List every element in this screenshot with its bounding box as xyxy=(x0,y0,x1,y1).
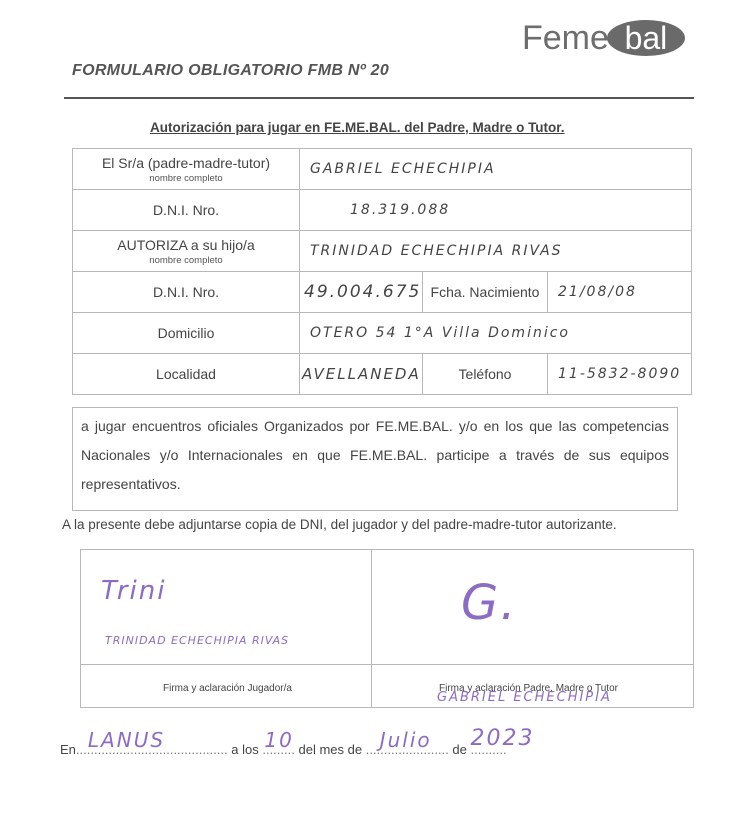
child-name-row: AUTORIZA a su hijo/a nombre completo TRI… xyxy=(73,231,692,272)
child-name-field[interactable]: TRINIDAD ECHECHIPIA RIVAS xyxy=(300,231,692,272)
parent-name-field[interactable]: GABRIEL ECHECHIPIA xyxy=(300,149,692,190)
parent-dni-row: D.N.I. Nro. 18.319.088 xyxy=(73,190,692,231)
player-printed-name: TRINIDAD ECHECHIPIA RIVAS xyxy=(105,634,289,647)
de-label: de xyxy=(452,742,466,757)
date-line: En.......LANUS..........................… xyxy=(60,742,507,757)
child-dni-label: D.N.I. Nro. xyxy=(73,272,300,313)
day-field[interactable]: 10 xyxy=(264,728,293,752)
parent-sublabel: nombre completo xyxy=(73,173,299,184)
child-label: AUTORIZA a su hijo/a xyxy=(117,237,254,253)
signature-divider xyxy=(371,550,372,707)
player-caption: Firma y aclaración Jugador/a xyxy=(163,683,292,694)
birth-date-field[interactable]: 21/08/08 xyxy=(548,272,692,313)
parent-label: El Sr/a (padre-madre-tutor) xyxy=(102,155,270,171)
logo-ball: bal xyxy=(607,20,685,56)
logo-text: Feme xyxy=(522,19,609,58)
parent-printed-name: GABRIEL ECHECHIPIA xyxy=(437,690,612,705)
birth-date-label: Fcha. Nacimiento xyxy=(423,272,548,313)
parent-label-cell: El Sr/a (padre-madre-tutor) nombre compl… xyxy=(73,149,300,190)
player-signature[interactable]: Trini xyxy=(101,576,166,606)
authorization-paragraph: a jugar encuentros oficiales Organizados… xyxy=(72,407,678,511)
phone-field[interactable]: 11-5832-8090 xyxy=(548,354,692,395)
child-dni-row: D.N.I. Nro. 49.004.675 Fcha. Nacimiento … xyxy=(73,272,692,313)
form-subtitle: Autorización para jugar en FE.ME.BAL. de… xyxy=(150,120,565,135)
child-label-cell: AUTORIZA a su hijo/a nombre completo xyxy=(73,231,300,272)
header-divider xyxy=(64,97,694,99)
parent-dni-label: D.N.I. Nro. xyxy=(73,190,300,231)
city-field[interactable]: AVELLANEDA xyxy=(300,354,423,395)
address-field[interactable]: OTERO 54 1°A Villa Dominico xyxy=(300,313,692,354)
address-label: Domicilio xyxy=(73,313,300,354)
phone-label: Teléfono xyxy=(423,354,548,395)
place-field[interactable]: LANUS xyxy=(88,728,165,752)
year-field[interactable]: 2023 xyxy=(471,726,535,751)
caption-divider xyxy=(81,664,693,665)
parent-dni-field[interactable]: 18.319.088 xyxy=(300,190,692,231)
attachment-note: A la presente debe adjuntarse copia de D… xyxy=(62,517,617,532)
parent-name-row: El Sr/a (padre-madre-tutor) nombre compl… xyxy=(73,149,692,190)
child-dni-field[interactable]: 49.004.675 xyxy=(300,272,423,313)
a-los-label: a los xyxy=(231,742,258,757)
city-row: Localidad AVELLANEDA Teléfono 11-5832-80… xyxy=(73,354,692,395)
city-label: Localidad xyxy=(73,354,300,395)
address-row: Domicilio OTERO 54 1°A Villa Dominico xyxy=(73,313,692,354)
en-label: En xyxy=(60,742,76,757)
child-sublabel: nombre completo xyxy=(73,255,299,266)
authorization-table: El Sr/a (padre-madre-tutor) nombre compl… xyxy=(72,148,692,395)
mes-label: del mes de xyxy=(298,742,362,757)
form-title: FORMULARIO OBLIGATORIO FMB Nº 20 xyxy=(72,62,389,80)
month-field[interactable]: Julio xyxy=(380,728,432,752)
parent-signature[interactable]: G. xyxy=(461,575,517,631)
signature-box: Trini TRINIDAD ECHECHIPIA RIVAS G. Firma… xyxy=(80,549,694,708)
femebal-logo: Femebal xyxy=(522,18,685,58)
